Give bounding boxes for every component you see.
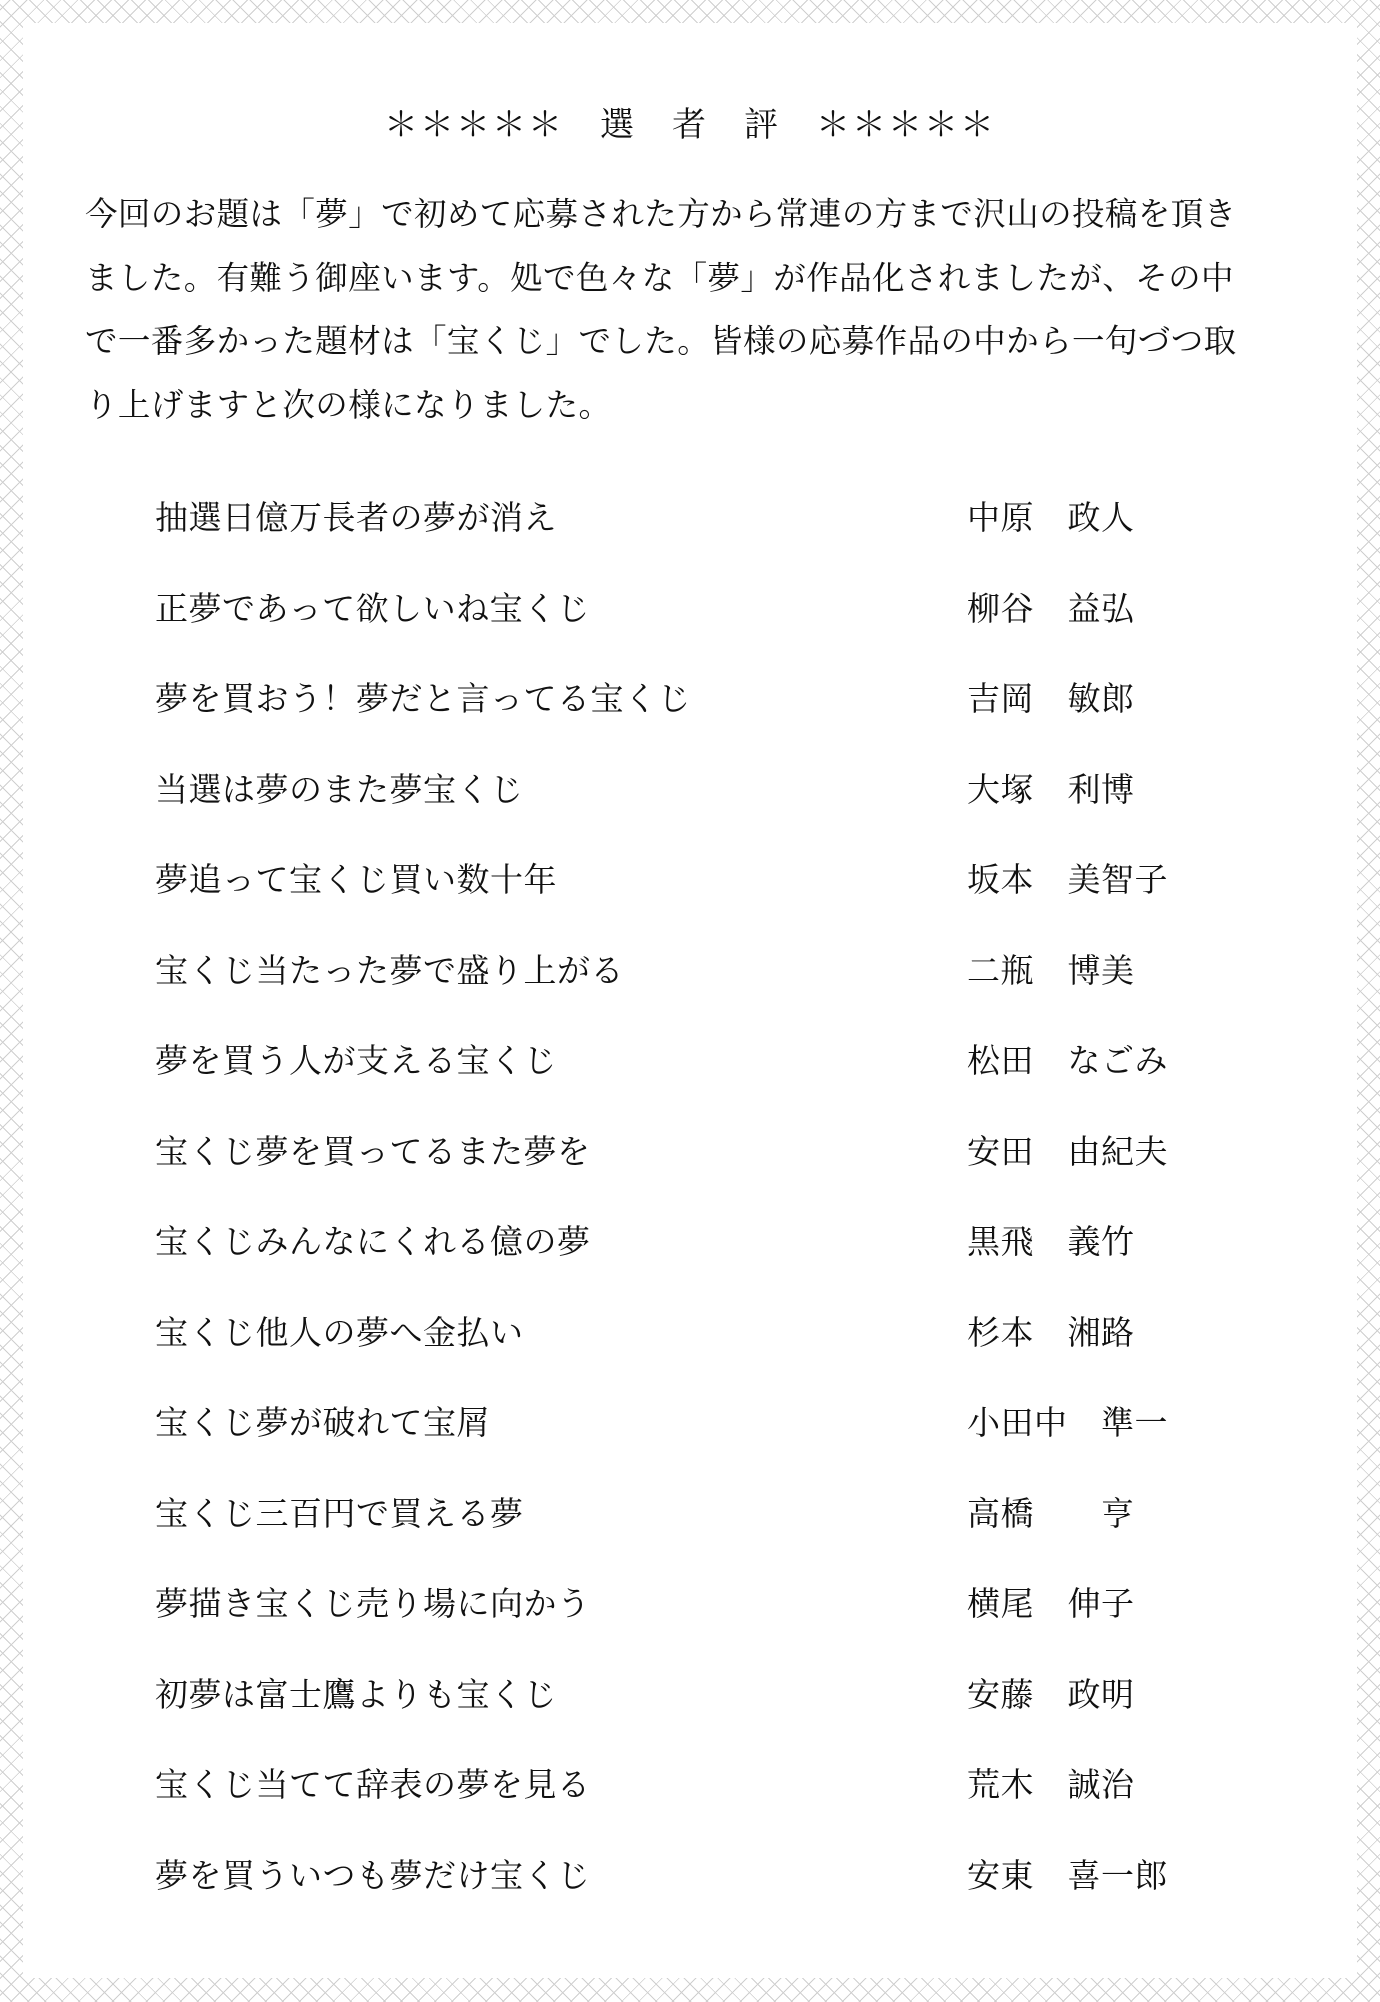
- poem-text: 夢を買ういつも夢だけ宝くじ: [155, 1851, 591, 1901]
- poem-row: 夢追って宝くじ買い数十年 坂本 美智子: [23, 855, 1357, 905]
- poem-author: 安藤 政明: [967, 1670, 1135, 1720]
- poem-author: 高橋 亨: [967, 1489, 1135, 1539]
- poem-row: 抽選日億万長者の夢が消え 中原 政人: [23, 493, 1357, 543]
- poem-author: 安田 由紀夫: [967, 1127, 1168, 1177]
- poem-text: 宝くじ他人の夢へ金払い: [155, 1308, 524, 1358]
- poem-row: 宝くじ夢が破れて宝屑 小田中 準一: [23, 1398, 1357, 1448]
- poem-author: 荒木 誠治: [967, 1760, 1135, 1810]
- poem-row: 初夢は富士鷹よりも宝くじ 安藤 政明: [23, 1670, 1357, 1720]
- poem-text: 当選は夢のまた夢宝くじ: [155, 765, 524, 815]
- poem-text: 宝くじみんなにくれる億の夢: [155, 1217, 591, 1267]
- poem-row: 正夢であって欲しいね宝くじ 柳谷 益弘: [23, 584, 1357, 634]
- poem-text: 宝くじ夢が破れて宝屑: [155, 1398, 490, 1448]
- poem-row: 夢描き宝くじ売り場に向かう 横尾 伸子: [23, 1579, 1357, 1629]
- poem-author: 大塚 利博: [967, 765, 1135, 815]
- poem-row: 宝くじみんなにくれる億の夢 黒飛 義竹: [23, 1217, 1357, 1267]
- poem-text: 夢追って宝くじ買い数十年: [155, 855, 557, 905]
- poem-row: 夢を買ういつも夢だけ宝くじ 安東 喜一郎: [23, 1851, 1357, 1901]
- intro-line: で一番多かった題材は「宝くじ」でした。皆様の応募作品の中から一句づつ取: [85, 310, 1315, 374]
- poem-text: 宝くじ当たった夢で盛り上がる: [155, 946, 624, 996]
- poem-text: 夢を買おう！夢だと言ってる宝くじ: [155, 674, 691, 724]
- poem-author: 中原 政人: [967, 493, 1135, 543]
- poem-text: 夢描き宝くじ売り場に向かう: [155, 1579, 591, 1629]
- poem-row: 宝くじ当たった夢で盛り上がる 二瓶 博美: [23, 946, 1357, 996]
- intro-line: 今回のお題は「夢」で初めて応募された方から常連の方まで沢山の投稿を頂き: [85, 183, 1315, 247]
- document-page: ＊＊＊＊＊ 選 者 評 ＊＊＊＊＊ 今回のお題は「夢」で初めて応募された方から常…: [23, 23, 1357, 1978]
- poem-row: 夢を買う人が支える宝くじ 松田 なごみ: [23, 1036, 1357, 1086]
- poem-text: 夢を買う人が支える宝くじ: [155, 1036, 557, 1086]
- poem-author: 松田 なごみ: [967, 1036, 1168, 1086]
- poem-row: 宝くじ当てて辞表の夢を見る 荒木 誠治: [23, 1760, 1357, 1810]
- poem-row: 宝くじ夢を買ってるまた夢を 安田 由紀夫: [23, 1127, 1357, 1177]
- poem-row: 宝くじ三百円で買える夢 高橋 亨: [23, 1489, 1357, 1539]
- poem-row: 当選は夢のまた夢宝くじ 大塚 利博: [23, 765, 1357, 815]
- page-title: ＊＊＊＊＊ 選 者 評 ＊＊＊＊＊: [23, 105, 1357, 145]
- poem-text: 正夢であって欲しいね宝くじ: [155, 584, 590, 634]
- poem-row: 宝くじ他人の夢へ金払い 杉本 湘路: [23, 1308, 1357, 1358]
- poem-author: 柳谷 益弘: [967, 584, 1135, 634]
- poem-author: 杉本 湘路: [967, 1308, 1135, 1358]
- poem-text: 宝くじ当てて辞表の夢を見る: [155, 1760, 591, 1810]
- poem-text: 抽選日億万長者の夢が消え: [155, 493, 557, 543]
- intro-line: り上げますと次の様になりました。: [85, 374, 1315, 438]
- poem-row: 夢を買おう！夢だと言ってる宝くじ 吉岡 敏郎: [23, 674, 1357, 724]
- poem-author: 坂本 美智子: [967, 855, 1168, 905]
- poem-author: 安東 喜一郎: [967, 1851, 1168, 1901]
- poem-author: 黒飛 義竹: [967, 1217, 1135, 1267]
- poem-text: 宝くじ夢を買ってるまた夢を: [155, 1127, 591, 1177]
- poem-author: 吉岡 敏郎: [967, 674, 1135, 724]
- intro-line: ました。有難う御座います。処で色々な「夢」が作品化されましたが、その中: [85, 247, 1315, 311]
- poem-author: 横尾 伸子: [967, 1579, 1135, 1629]
- intro-paragraph: 今回のお題は「夢」で初めて応募された方から常連の方まで沢山の投稿を頂き ました。…: [85, 183, 1315, 437]
- poem-text: 初夢は富士鷹よりも宝くじ: [155, 1670, 557, 1720]
- poem-author: 小田中 準一: [967, 1398, 1168, 1448]
- poem-author: 二瓶 博美: [967, 946, 1135, 996]
- poem-text: 宝くじ三百円で買える夢: [155, 1489, 524, 1539]
